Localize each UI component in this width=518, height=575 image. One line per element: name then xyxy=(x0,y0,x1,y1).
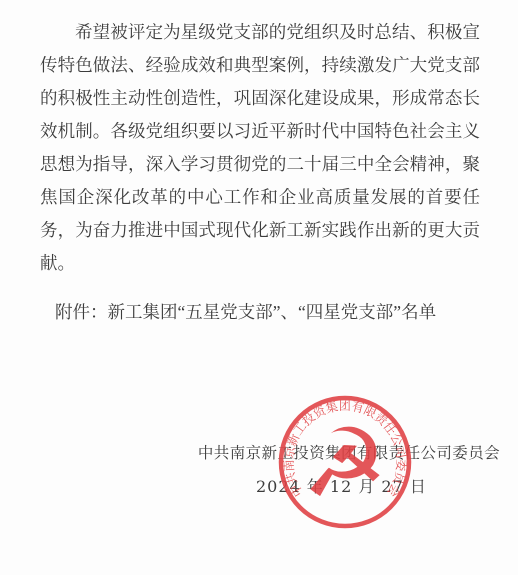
paragraph-line: 希望被评定为星级党支部的党组织及时总结、积极宣 xyxy=(40,16,480,49)
signature-org: 中共南京新工投资集团有限责任公司委员会 xyxy=(198,441,500,463)
document-page: 希望被评定为星级党支部的党组织及时总结、积极宣 传特色做法、经验成效和典型案例，… xyxy=(0,0,518,575)
paragraph-line: 焦国企深化改革的中心工作和企业高质量发展的首要任 xyxy=(40,181,480,214)
paragraph-line: 的积极性主动性创造性，巩固深化建设成果，形成常态长 xyxy=(40,82,480,115)
party-emblem-icon: ☭ xyxy=(302,409,387,519)
paragraph-line: 效机制。各级党组织要以习近平新时代中国特色社会主义 xyxy=(40,115,480,148)
attachment-line: 附件：新工集团“五星党支部”、“四星党支部”名单 xyxy=(55,296,495,329)
paragraph-line: 献。 xyxy=(40,247,480,280)
paragraph-line: 思想为指导，深入学习贯彻党的二十届三中全会精神，聚 xyxy=(40,148,480,181)
signature-date: 2024 年 12 月 27 日 xyxy=(256,474,427,497)
paragraph-line: 务，为奋力推进中国式现代化新工新实践作出新的更大贡 xyxy=(40,214,480,247)
paragraph-line: 传特色做法、经验成效和典型案例，持续激发广大党支部 xyxy=(40,49,480,82)
body-paragraph: 希望被评定为星级党支部的党组织及时总结、积极宣 传特色做法、经验成效和典型案例，… xyxy=(40,16,480,280)
